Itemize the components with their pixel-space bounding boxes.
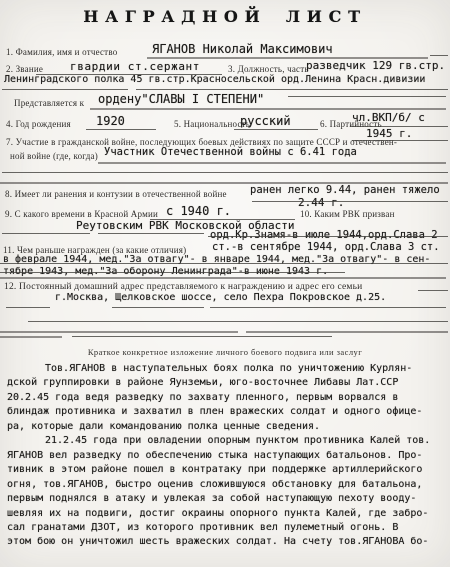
- ruled-line: [430, 55, 448, 56]
- field2-label: 2. Звание: [6, 64, 43, 74]
- field7-value: Участник Отечественной войны с 6.41 года: [104, 146, 357, 158]
- ruled-line: [136, 89, 448, 90]
- ruled-line: [252, 201, 448, 202]
- field1-label: 1. Фамилия, имя и отчество: [6, 47, 117, 57]
- ruled-line: [112, 307, 204, 308]
- field4-label: 4. Год рождения: [6, 119, 71, 129]
- field5-label: 5. Национальность: [174, 119, 250, 129]
- citation-paragraph-1: Тов.ЯГАНОВ в наступательных боях полка п…: [7, 362, 445, 434]
- ruled-line: [0, 263, 448, 264]
- ruled-line: [90, 108, 446, 110]
- field8-value-line1: ранен легко 9.44, ранен тяжело: [250, 184, 440, 196]
- field12-label: 12. Постоянный домашний адрес представля…: [4, 282, 362, 292]
- ruled-line: [2, 89, 128, 90]
- ruled-line: [210, 307, 446, 308]
- ruled-line: [208, 236, 448, 237]
- field6-value-line1: чл.ВКП/б/ с: [352, 111, 425, 124]
- field1-value: ЯГАНОВ Николай Максимович: [152, 42, 333, 56]
- presented-for-label: Представляется к: [14, 98, 84, 108]
- presented-for-value: ордену"СЛАВЫ I СТЕПЕНИ": [98, 92, 264, 106]
- document-title: НАГРАДНОЙ ЛИСТ: [0, 7, 450, 26]
- ruled-line: [246, 331, 448, 333]
- ruled-line: [6, 307, 50, 308]
- field4-value: 1920: [96, 114, 125, 128]
- ruled-line: [0, 331, 238, 333]
- field11-value-line2: ст.-в сентябре 1944, орд.Слава 3 ст.: [212, 241, 440, 253]
- award-sheet-document: НАГРАДНОЙ ЛИСТ 1. Фамилия, имя и отчеств…: [0, 0, 450, 567]
- field7-label-line2: ной войне (где, когда): [10, 151, 98, 161]
- field8-value-line2: 2.44 г.: [298, 196, 344, 209]
- ruled-line: [0, 336, 62, 338]
- ruled-line: [288, 96, 446, 97]
- field12-value: г.Москва, Щелковское шоссе, село Пехра П…: [55, 292, 386, 303]
- citation-paragraph-2: 21.2.45 года при овладении опорным пункт…: [7, 434, 445, 550]
- field3-value-continuation: Ленинградского полка 45 гв.стр.Красносел…: [4, 74, 425, 85]
- citation-body: Тов.ЯГАНОВ в наступательных боях полка п…: [7, 362, 445, 550]
- field8-label: 8. Имеет ли ранения и контузии в отечест…: [5, 189, 227, 199]
- ruled-line: [28, 321, 448, 322]
- field3-value: разведчик 129 гв.стр.: [306, 59, 445, 72]
- ruled-line: [86, 129, 156, 130]
- field3-label: 3. Должность, часть: [228, 64, 309, 74]
- ruled-line: [72, 336, 332, 337]
- field9-value: с 1940 г.: [166, 204, 231, 218]
- ruled-line: [234, 129, 318, 130]
- ruled-line: [2, 233, 90, 234]
- field11-value-line1: орд.Кр.Знамя-в июле 1944,орд.Слава 2: [210, 229, 438, 241]
- ruled-line: [0, 277, 446, 279]
- citation-heading: Краткое конкретное изложение личного бое…: [0, 347, 450, 357]
- ruled-line: [2, 172, 448, 173]
- field9-label: 9. С какого времени в Красной Армии: [5, 209, 158, 219]
- ruled-line: [0, 272, 345, 273]
- ruled-line: [98, 162, 446, 164]
- ruled-line: [418, 290, 448, 291]
- field10-label: 10. Каким РВК призван: [300, 209, 395, 219]
- field5-value: русский: [240, 114, 291, 128]
- field2-value: гвардии ст.сержант: [70, 60, 200, 73]
- ruled-line: [98, 233, 204, 234]
